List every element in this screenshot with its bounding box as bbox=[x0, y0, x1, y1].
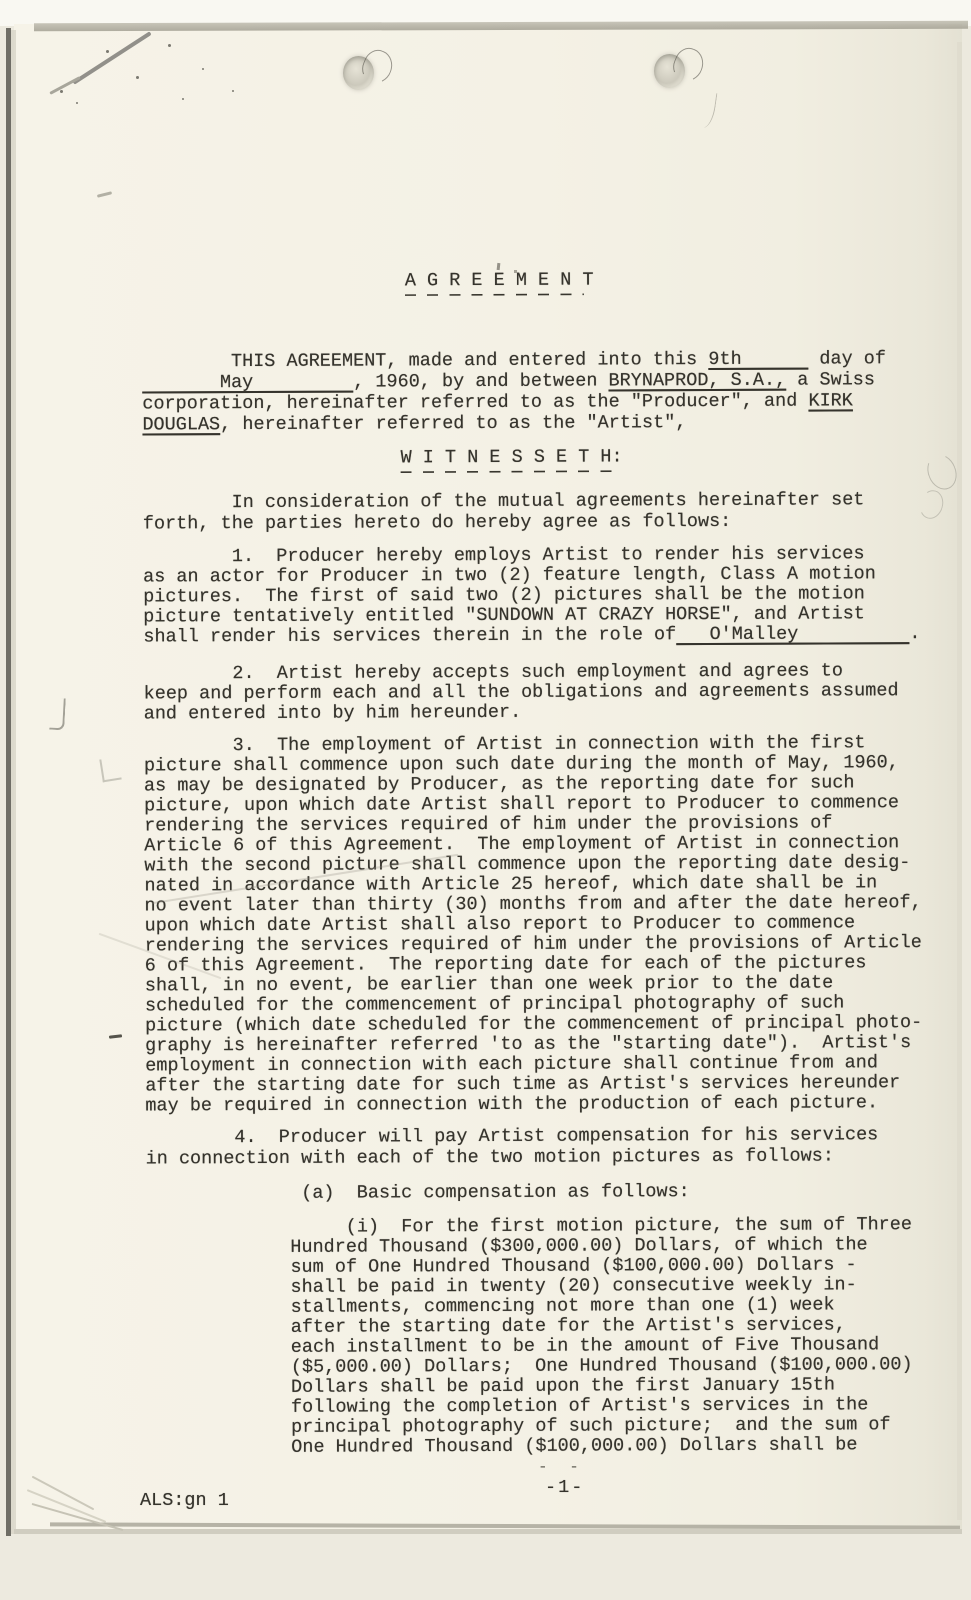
margin-corner-mark bbox=[99, 757, 121, 783]
doc-line: W I T N E S S E T H: bbox=[401, 446, 623, 473]
consideration-paragraph: In consideration of the mutual agreement… bbox=[143, 489, 865, 534]
page: A G R E E M E N T THIS AGREEMENT, made a… bbox=[14, 24, 962, 1531]
paper-left-edge-highlight bbox=[11, 30, 16, 1534]
paper-right-edge-shade bbox=[957, 42, 962, 1520]
margin-bracket-mark bbox=[49, 698, 66, 731]
witnesseth-heading: W I T N E S S E T H: bbox=[401, 446, 623, 473]
hole-punch-icon bbox=[343, 56, 374, 90]
pencil-scribble-mark bbox=[48, 36, 248, 116]
stray-ink-mark bbox=[514, 270, 517, 273]
clause-4a-i: (i) For the first motion picture, the su… bbox=[146, 1215, 913, 1458]
doc-line: in connection with each of the two motio… bbox=[146, 1145, 834, 1169]
doc-line: and entered into by him hereunder. bbox=[144, 703, 522, 725]
doc-line: shall render his services therein in the… bbox=[143, 624, 920, 647]
clause-3: 3. The employment of Artist in connectio… bbox=[144, 733, 923, 1116]
doc-line: One Hundred Thousand ($100,000.00) Dolla… bbox=[147, 1435, 858, 1458]
clause-2: 2. Artist hereby accepts such employment… bbox=[143, 661, 898, 724]
intro-paragraph: THIS AGREEMENT, made and entered into th… bbox=[142, 348, 886, 435]
typist-reference: ALS:gn 1 bbox=[140, 1490, 229, 1511]
scan-background-bottom bbox=[0, 1530, 971, 1600]
doc-line: A G R E E M E N T bbox=[405, 270, 594, 297]
doc-title: A G R E E M E N T bbox=[405, 270, 594, 297]
margin-scribble-mark bbox=[916, 448, 968, 532]
doc-line: (a) Basic compensation as follows: bbox=[146, 1182, 690, 1204]
doc-line: may be required in connection with the p… bbox=[145, 1093, 878, 1116]
paper-bottom-shadow bbox=[14, 1529, 962, 1534]
clause-4a: (a) Basic compensation as follows: bbox=[146, 1182, 690, 1204]
clause-4: 4. Producer will pay Artist compensation… bbox=[145, 1124, 878, 1169]
doc-line: DOUGLAS, hereinafter referred to as the … bbox=[142, 412, 686, 435]
doc-line: corporation, hereinafter referred to as … bbox=[142, 390, 853, 414]
doc-line: forth, the parties hereto do hereby agre… bbox=[143, 511, 731, 535]
page-number: -1- bbox=[545, 1477, 584, 1498]
document-body: A G R E E M E N T THIS AGREEMENT, made a… bbox=[11, 22, 966, 1533]
clause-1: 1. Producer hereby employs Artist to ren… bbox=[143, 544, 921, 647]
doc-line: In consideration of the mutual agreement… bbox=[143, 489, 865, 513]
hole-punch-icon bbox=[654, 54, 685, 88]
page-number-overmark: - - bbox=[538, 1458, 585, 1476]
